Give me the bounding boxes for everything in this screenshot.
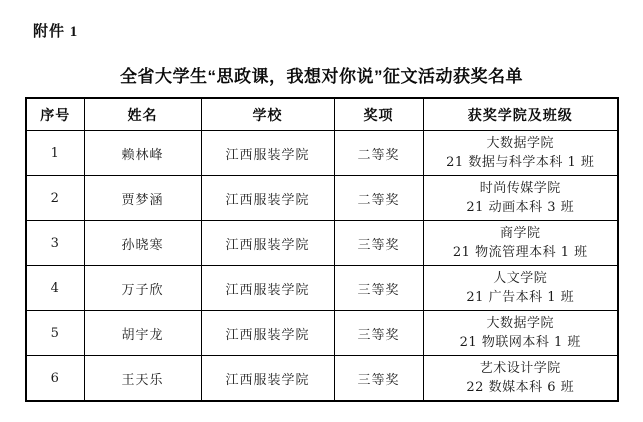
- cell-no: 1: [26, 131, 84, 176]
- table-body: 1赖林峰江西服装学院二等奖大数据学院21 数据与科学本科 1 班2贾梦涵江西服装…: [26, 131, 618, 402]
- cell-award: 三等奖: [334, 311, 423, 356]
- class-line: 21 数据与科学本科 1 班: [426, 153, 616, 172]
- cell-award: 三等奖: [334, 356, 423, 402]
- header-college: 获奖学院及班级: [423, 98, 618, 131]
- college-line: 艺术设计学院: [426, 359, 616, 378]
- class-line: 21 物联网本科 1 班: [426, 333, 616, 352]
- class-line: 21 物流管理本科 1 班: [426, 243, 616, 262]
- table-row: 4万子欣江西服装学院三等奖人文学院21 广告本科 1 班: [26, 266, 618, 311]
- cell-school: 江西服装学院: [201, 311, 334, 356]
- cell-college-class: 时尚传媒学院21 动画本科 3 班: [423, 176, 618, 221]
- cell-school: 江西服装学院: [201, 356, 334, 402]
- header-no: 序号: [26, 98, 84, 131]
- cell-award: 三等奖: [334, 266, 423, 311]
- table-row: 5胡宇龙江西服装学院三等奖大数据学院21 物联网本科 1 班: [26, 311, 618, 356]
- cell-name: 万子欣: [84, 266, 201, 311]
- cell-name: 胡宇龙: [84, 311, 201, 356]
- cell-name: 孙晓寒: [84, 221, 201, 266]
- cell-award: 二等奖: [334, 131, 423, 176]
- cell-college-class: 大数据学院21 物联网本科 1 班: [423, 311, 618, 356]
- class-line: 21 动画本科 3 班: [426, 198, 616, 217]
- cell-school: 江西服装学院: [201, 176, 334, 221]
- cell-college-class: 人文学院21 广告本科 1 班: [423, 266, 618, 311]
- class-line: 21 广告本科 1 班: [426, 288, 616, 307]
- table-row: 6王天乐江西服装学院三等奖艺术设计学院22 数媒本科 6 班: [26, 356, 618, 402]
- cell-no: 6: [26, 356, 84, 402]
- college-line: 人文学院: [426, 269, 616, 288]
- cell-award: 三等奖: [334, 221, 423, 266]
- cell-name: 贾梦涵: [84, 176, 201, 221]
- cell-school: 江西服装学院: [201, 131, 334, 176]
- table-header-row: 序号 姓名 学校 奖项 获奖学院及班级: [26, 98, 618, 131]
- header-school: 学校: [201, 98, 334, 131]
- college-line: 时尚传媒学院: [426, 179, 616, 198]
- header-name: 姓名: [84, 98, 201, 131]
- table-row: 3孙晓寒江西服装学院三等奖商学院21 物流管理本科 1 班: [26, 221, 618, 266]
- cell-no: 5: [26, 311, 84, 356]
- table-row: 1赖林峰江西服装学院二等奖大数据学院21 数据与科学本科 1 班: [26, 131, 618, 176]
- document-page: 附件 1 全省大学生“思政课，我想对你说”征文活动获奖名单 序号 姓名 学校 奖…: [0, 0, 643, 422]
- attachment-label: 附件 1: [33, 20, 78, 41]
- cell-school: 江西服装学院: [201, 221, 334, 266]
- header-award: 奖项: [334, 98, 423, 131]
- cell-college-class: 艺术设计学院22 数媒本科 6 班: [423, 356, 618, 402]
- cell-name: 王天乐: [84, 356, 201, 402]
- cell-award: 二等奖: [334, 176, 423, 221]
- class-line: 22 数媒本科 6 班: [426, 378, 616, 397]
- cell-college-class: 大数据学院21 数据与科学本科 1 班: [423, 131, 618, 176]
- cell-no: 2: [26, 176, 84, 221]
- table-row: 2贾梦涵江西服装学院二等奖时尚传媒学院21 动画本科 3 班: [26, 176, 618, 221]
- cell-no: 4: [26, 266, 84, 311]
- document-title: 全省大学生“思政课，我想对你说”征文活动获奖名单: [0, 62, 643, 87]
- cell-no: 3: [26, 221, 84, 266]
- college-line: 商学院: [426, 224, 616, 243]
- cell-school: 江西服装学院: [201, 266, 334, 311]
- cell-name: 赖林峰: [84, 131, 201, 176]
- award-table: 序号 姓名 学校 奖项 获奖学院及班级 1赖林峰江西服装学院二等奖大数据学院21…: [25, 97, 619, 402]
- college-line: 大数据学院: [426, 314, 616, 333]
- college-line: 大数据学院: [426, 134, 616, 153]
- cell-college-class: 商学院21 物流管理本科 1 班: [423, 221, 618, 266]
